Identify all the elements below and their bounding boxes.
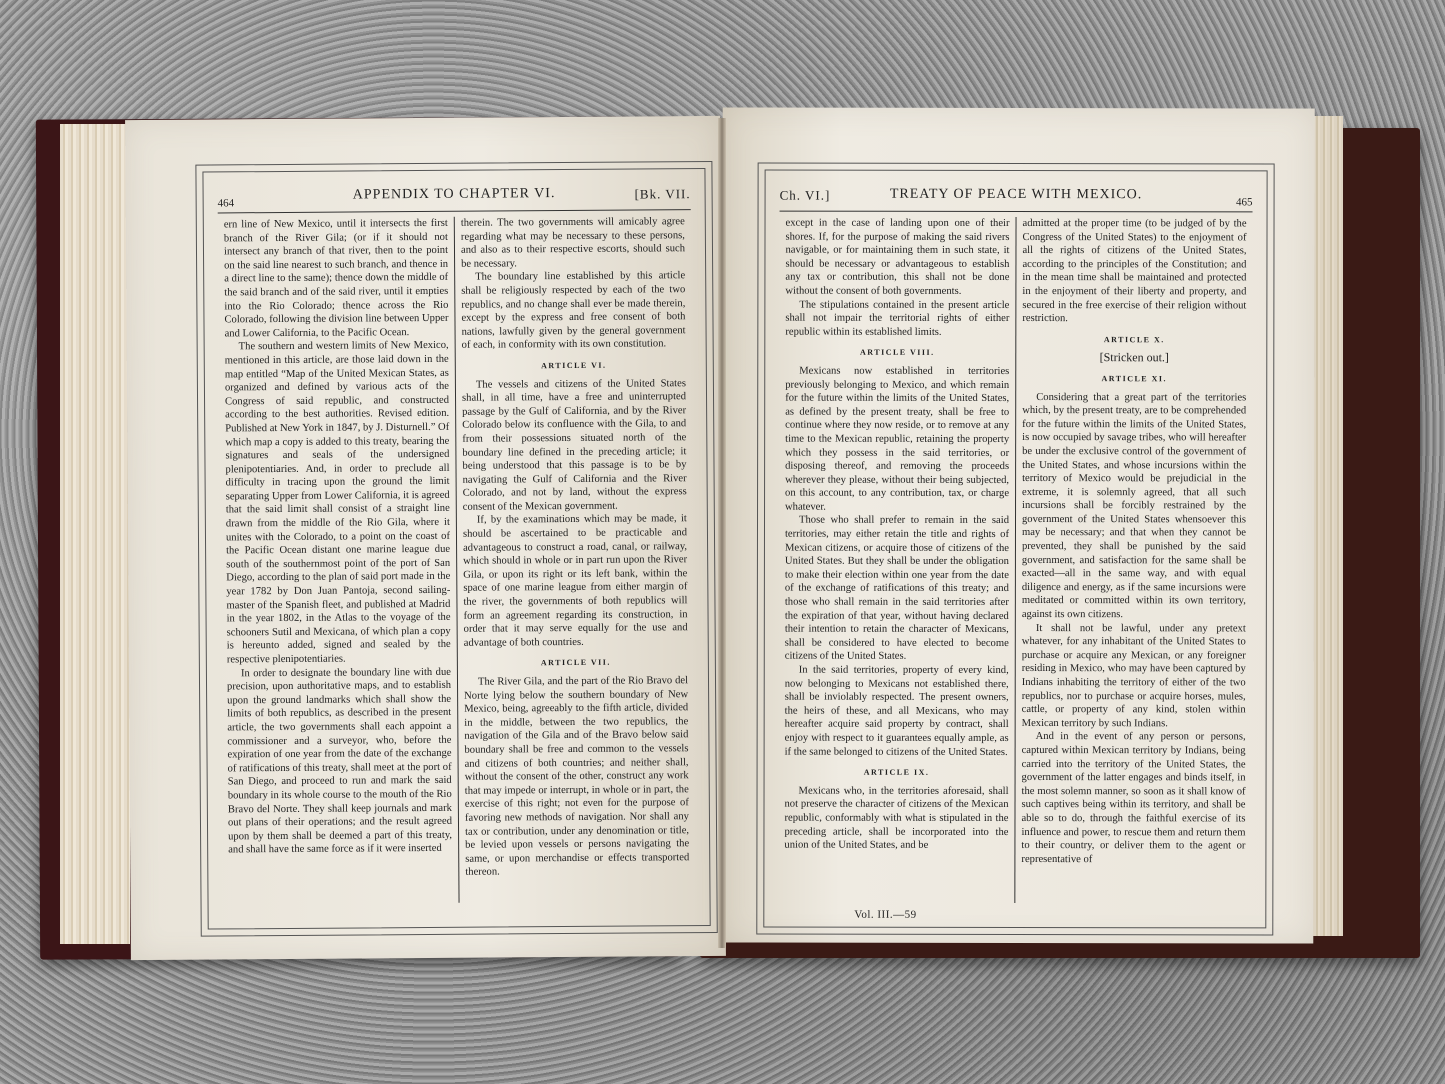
text-columns: except in the case of landing upon one o… xyxy=(778,217,1252,904)
article-heading: ARTICLE VII. xyxy=(464,656,688,671)
running-header: 464 APPENDIX TO CHAPTER VI. [Bk. VII. xyxy=(218,183,691,213)
paragraph: In the said territories, property of eve… xyxy=(785,664,1009,760)
paragraph: And in the event of any person or person… xyxy=(1021,730,1245,866)
column-right: therein. The two governments will amicab… xyxy=(454,215,696,903)
book-gutter xyxy=(718,118,726,948)
paragraph: admitted at the proper time (to be judge… xyxy=(1022,217,1246,326)
paragraph: Considering that a great part of the ter… xyxy=(1022,391,1246,622)
article-heading: ARTICLE VI. xyxy=(462,358,686,373)
paragraph: The vessels and citizens of the United S… xyxy=(462,377,687,514)
paragraph: The southern and western limits of New M… xyxy=(225,339,451,667)
paragraph: Those who shall prefer to remain in the … xyxy=(785,514,1009,664)
article-heading: ARTICLE IX. xyxy=(785,766,1009,780)
page-border: 464 APPENDIX TO CHAPTER VI. [Bk. VII. er… xyxy=(195,161,717,937)
column-right: admitted at the proper time (to be judge… xyxy=(1014,217,1252,903)
paragraph: therein. The two governments will amicab… xyxy=(461,215,685,271)
article-heading: ARTICLE VIII. xyxy=(785,346,1009,360)
column-left: except in the case of landing upon one o… xyxy=(778,217,1015,903)
text-columns: ern line of New Mexico, until it interse… xyxy=(218,215,696,904)
page-border-inner: Ch. VI.] TREATY OF PEACE WITH MEXICO. 46… xyxy=(763,170,1267,929)
running-header: Ch. VI.] TREATY OF PEACE WITH MEXICO. 46… xyxy=(780,185,1253,213)
right-page: Ch. VI.] TREATY OF PEACE WITH MEXICO. 46… xyxy=(721,107,1314,943)
paragraph: It shall not be lawful, under any pretex… xyxy=(1022,622,1246,731)
article-heading: ARTICLE X. xyxy=(1022,333,1246,347)
volume-signature: Vol. III.—59 xyxy=(854,909,916,921)
paragraph: except in the case of landing upon one o… xyxy=(785,217,1009,299)
page-block-edge-left xyxy=(60,124,130,944)
running-title: APPENDIX TO CHAPTER VI. xyxy=(218,185,691,204)
column-left: ern line of New Mexico, until it interse… xyxy=(218,217,459,905)
paragraph: Mexicans now established in territories … xyxy=(785,365,1009,515)
paragraph: ern line of New Mexico, until it interse… xyxy=(224,217,449,341)
paragraph: Mexicans who, in the territories aforesa… xyxy=(784,784,1008,852)
page-border-inner: 464 APPENDIX TO CHAPTER VI. [Bk. VII. er… xyxy=(202,168,710,929)
paragraph: If, by the examinations which may be mad… xyxy=(463,513,688,650)
page-block-edge-right xyxy=(1313,116,1343,936)
article-heading: ARTICLE XI. xyxy=(1022,372,1246,386)
running-title: TREATY OF PEACE WITH MEXICO. xyxy=(780,187,1253,204)
book-label: [Bk. VII. xyxy=(634,186,690,202)
paragraph: The stipulations contained in the presen… xyxy=(785,298,1009,339)
page-border: Ch. VI.] TREATY OF PEACE WITH MEXICO. 46… xyxy=(756,163,1274,936)
paragraph: The River Gila, and the part of the Rio … xyxy=(464,674,689,879)
paragraph: The boundary line established by this ar… xyxy=(461,270,686,353)
left-page: 464 APPENDIX TO CHAPTER VI. [Bk. VII. er… xyxy=(125,116,726,960)
page-number: 465 xyxy=(1236,196,1253,208)
paragraph: In order to designate the boundary line … xyxy=(227,665,452,857)
stricken-note: [Stricken out.] xyxy=(1022,351,1246,365)
